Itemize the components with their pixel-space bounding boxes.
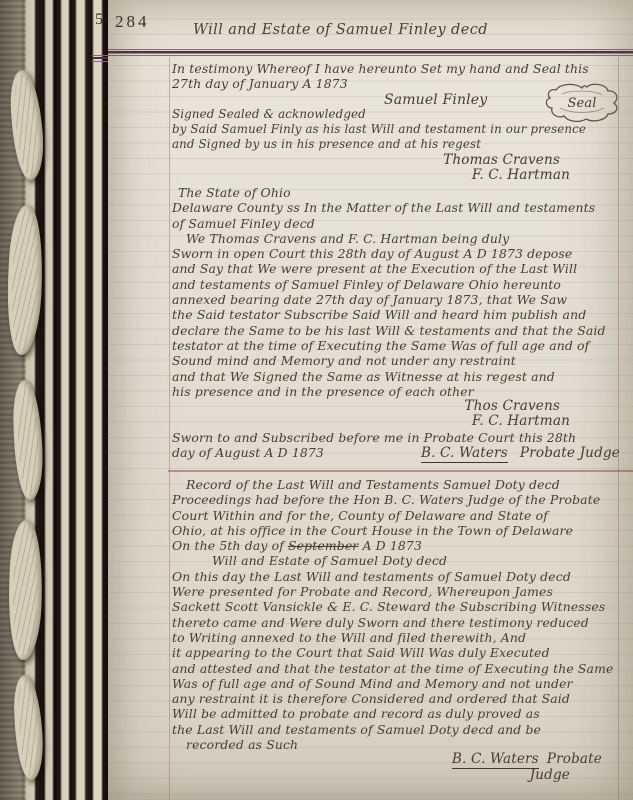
doty-subheading: Will and Estate of Samuel Doty decd bbox=[172, 553, 620, 568]
witness-signature: F. C. Hartman bbox=[172, 168, 620, 183]
text-line: Record of the Last Will and Testaments S… bbox=[172, 477, 620, 492]
curled-page-edge bbox=[12, 380, 44, 501]
record-date-line: On the 5th day of September A D 1873 bbox=[172, 538, 620, 553]
text-line: Will be admitted to probate and record a… bbox=[172, 706, 620, 721]
text-line: Ohio, at his office in the Court House i… bbox=[172, 523, 620, 538]
judge-title-line: Judge bbox=[172, 768, 620, 783]
seal-label: Seal bbox=[567, 96, 596, 111]
text-line: of Samuel Finley decd bbox=[172, 216, 620, 231]
witness-signature: F. C. Hartman bbox=[172, 414, 620, 429]
ledger-photo: 5 284 Will and Estate of Samuel Finley d… bbox=[0, 0, 633, 800]
judge-title: Probate bbox=[547, 751, 602, 767]
judge-title: Probate Judge bbox=[520, 445, 620, 461]
seal-doodle-icon: Seal bbox=[540, 80, 624, 124]
jurat-judge-row: day of August A D 1873 B. C. Waters Prob… bbox=[172, 445, 620, 460]
text-line: Delaware County ss In the Matter of the … bbox=[172, 200, 620, 215]
text-line: thereto came and Were duly Sworn and the… bbox=[172, 615, 620, 630]
text-line: annexed bearing date 27th day of January… bbox=[172, 292, 620, 307]
witness-signature: Thomas Cravens bbox=[172, 153, 620, 168]
text-line: Court Within and for the, County of Dela… bbox=[172, 508, 620, 523]
text-line: the Last Will and testaments of Samuel D… bbox=[172, 722, 620, 737]
head-rule bbox=[108, 49, 633, 57]
text-line: and Signed by us in his presence and at … bbox=[172, 137, 620, 152]
judge-signature-row: B. C. WatersProbate bbox=[172, 752, 620, 767]
jurat-date: day of August A D 1873 bbox=[172, 445, 324, 460]
text-line: Were presented for Probate and Record, W… bbox=[172, 584, 620, 599]
text-line: Sound mind and Memory and not under any … bbox=[172, 353, 620, 368]
finley-probate-section: The State of Ohio Delaware County ss In … bbox=[172, 185, 620, 460]
curled-page-edge bbox=[8, 69, 46, 181]
curled-page-edge bbox=[12, 674, 44, 780]
text-line: declare the Same to be his last Will & t… bbox=[172, 323, 620, 338]
text-line: On this day the Last Will and testaments… bbox=[172, 569, 620, 584]
page-number-behind: 5 bbox=[95, 11, 104, 31]
text-line: The State of Ohio bbox=[172, 185, 620, 200]
finley-testimony-section: In testimony Whereof I have hereunto Set… bbox=[172, 61, 620, 183]
text-line: it appearing to the Court that Said Will… bbox=[172, 645, 620, 660]
book-binding bbox=[0, 0, 108, 800]
text-line: and testaments of Samuel Finley of Delaw… bbox=[172, 277, 620, 292]
struck-month: September bbox=[288, 538, 358, 553]
text-line: the Said testator Subscribe Said Will an… bbox=[172, 307, 620, 322]
text-line: Was of full age and of Sound Mind and Me… bbox=[172, 676, 620, 691]
page-title: Will and Estate of Samuel Finley decd bbox=[108, 22, 573, 38]
text-line: any restraint it is therefore Considered… bbox=[172, 691, 620, 706]
curled-page-edge bbox=[7, 519, 45, 660]
text-line: Sworn to and Subscribed before me in Pro… bbox=[172, 430, 620, 445]
text-line: and that We Signed the Same as Witnesse … bbox=[172, 369, 620, 384]
text-line: and Say that We were present at the Exec… bbox=[172, 261, 620, 276]
testator-signature-row: Samuel Finley Seal bbox=[172, 92, 620, 107]
text-line: Proceedings had before the Hon B. C. Wat… bbox=[172, 492, 620, 507]
judge-signature: B. C. Waters bbox=[452, 751, 539, 769]
text-line: recorded as Such bbox=[172, 737, 620, 752]
date-prefix: On the 5th day of bbox=[172, 538, 288, 553]
text-line: In testimony Whereof I have hereunto Set… bbox=[172, 61, 620, 76]
text-line: Sworn in open Court this 28th day of Aug… bbox=[172, 246, 620, 261]
judge-signature-group: B. C. Waters Probate Judge bbox=[421, 445, 620, 460]
date-suffix: A D 1873 bbox=[358, 538, 422, 553]
testator-signature: Samuel Finley bbox=[384, 92, 487, 108]
section-divider-line bbox=[168, 470, 633, 472]
behind-page-head-rule bbox=[92, 55, 108, 62]
ledger-page: 284 Will and Estate of Samuel Finley dec… bbox=[108, 0, 633, 800]
curled-page-edge bbox=[4, 204, 46, 356]
left-margin-line bbox=[169, 57, 170, 800]
text-line: Sackett Scott Vansickle & E. C. Steward … bbox=[172, 599, 620, 614]
text-line: to Writing annexed to the Will and filed… bbox=[172, 630, 620, 645]
text-line: and attested and that the testator at th… bbox=[172, 661, 620, 676]
text-line: We Thomas Cravens and F. C. Hartman bein… bbox=[172, 231, 620, 246]
text-line: by Said Samuel Finly as his last Will an… bbox=[172, 122, 620, 137]
text-line: testator at the time of Executing the Sa… bbox=[172, 338, 620, 353]
judge-signature: B. C. Waters bbox=[421, 445, 508, 463]
witness-signature: Thos Cravens bbox=[172, 399, 620, 414]
doty-record-section: Record of the Last Will and Testaments S… bbox=[172, 477, 620, 783]
text-line: his presence and in the presence of each… bbox=[172, 384, 620, 399]
